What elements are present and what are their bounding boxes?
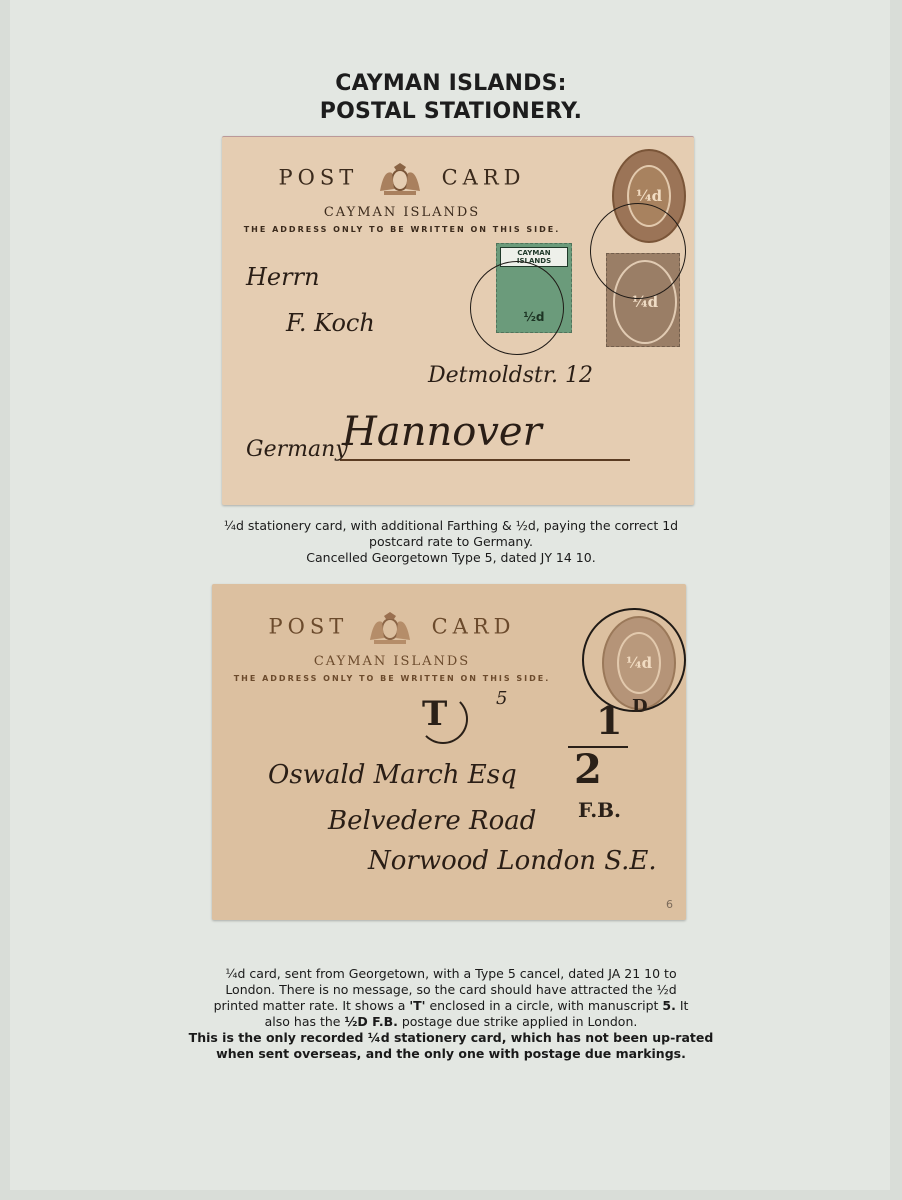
address-country: Germany (246, 437, 348, 462)
caption-line: postcard rate to Germany. (0, 534, 902, 550)
caption-line: London. There is no message, so the card… (0, 982, 902, 998)
postcard-1: POST CARD CAYMAN ISLANDS THE ADDRESS ONL… (222, 136, 694, 505)
issuer-label: CAYMAN ISLANDS (222, 205, 582, 220)
pencil-note: 6 (666, 898, 673, 911)
due-suffix: D (632, 696, 648, 717)
card-1-caption: ¼d stationery card, with additional Fart… (0, 518, 902, 566)
caption-bold-line: when sent overseas, and the only one wit… (0, 1046, 902, 1062)
address-city: Hannover (342, 409, 542, 455)
title-line-1: CAYMAN ISLANDS: (0, 70, 902, 98)
caption-bold: 5. (662, 998, 675, 1013)
address-line: Herrn (246, 263, 320, 291)
caption-bold: ½D F.B. (344, 1014, 397, 1029)
caption-line: ¼d card, sent from Georgetown, with a Ty… (0, 966, 902, 982)
page-title: CAYMAN ISLANDS: POSTAL STATIONERY. (0, 70, 902, 126)
caption-line: Cancelled Georgetown Type 5, dated JY 14… (0, 550, 902, 566)
caption-bold: 'T' (409, 998, 425, 1013)
postcard-2: POST CARD CAYMAN ISLANDS THE ADDRESS ONL… (212, 584, 686, 920)
caption-text: also has the (265, 1014, 345, 1029)
card-header: POST CARD CAYMAN ISLANDS THE ADDRESS ONL… (212, 610, 572, 683)
royal-arms-icon (376, 161, 424, 197)
address-instruction: THE ADDRESS ONLY TO BE WRITTEN ON THIS S… (222, 225, 582, 234)
caption-line: ¼d stationery card, with additional Fart… (0, 518, 902, 534)
card-label: CARD (442, 166, 526, 190)
postmark-circle (590, 203, 686, 299)
tax-mark-circle (418, 694, 468, 744)
card-2-caption: ¼d card, sent from Georgetown, with a Ty… (0, 966, 902, 1062)
city-underline (340, 459, 630, 461)
card-label: CARD (432, 615, 516, 639)
caption-text: It (676, 998, 689, 1013)
card-header: POST CARD CAYMAN ISLANDS THE ADDRESS ONL… (222, 161, 582, 234)
caption-bold-line: This is the only recorded ¼d stationery … (0, 1030, 902, 1046)
due-denominator: 2 (574, 746, 602, 793)
caption-text: printed matter rate. It shows a (214, 998, 410, 1013)
manuscript-five: 5 (496, 688, 507, 709)
address-instruction: THE ADDRESS ONLY TO BE WRITTEN ON THIS S… (212, 674, 572, 683)
caption-text: postage due strike applied in London. (398, 1014, 637, 1029)
due-numerator: 1 (596, 698, 622, 743)
post-label: POST (278, 166, 358, 190)
caption-line: printed matter rate. It shows a 'T' encl… (0, 998, 902, 1014)
caption-line: also has the ½D F.B. postage due strike … (0, 1014, 902, 1030)
caption-text: enclosed in a circle, with manuscript (426, 998, 663, 1013)
title-line-2: POSTAL STATIONERY. (0, 98, 902, 126)
address-line: F. Koch (286, 309, 375, 337)
issuer-label: CAYMAN ISLANDS (212, 654, 572, 669)
post-label: POST (268, 615, 348, 639)
address-line: Belvedere Road (328, 806, 536, 836)
royal-arms-icon (366, 610, 414, 646)
address-line: Norwood London S.E. (368, 846, 657, 876)
address-line: Oswald March Esq (268, 760, 517, 790)
address-line: Detmoldstr. 12 (428, 363, 593, 388)
due-initials: F.B. (578, 798, 621, 822)
postmark-circle (470, 261, 564, 355)
